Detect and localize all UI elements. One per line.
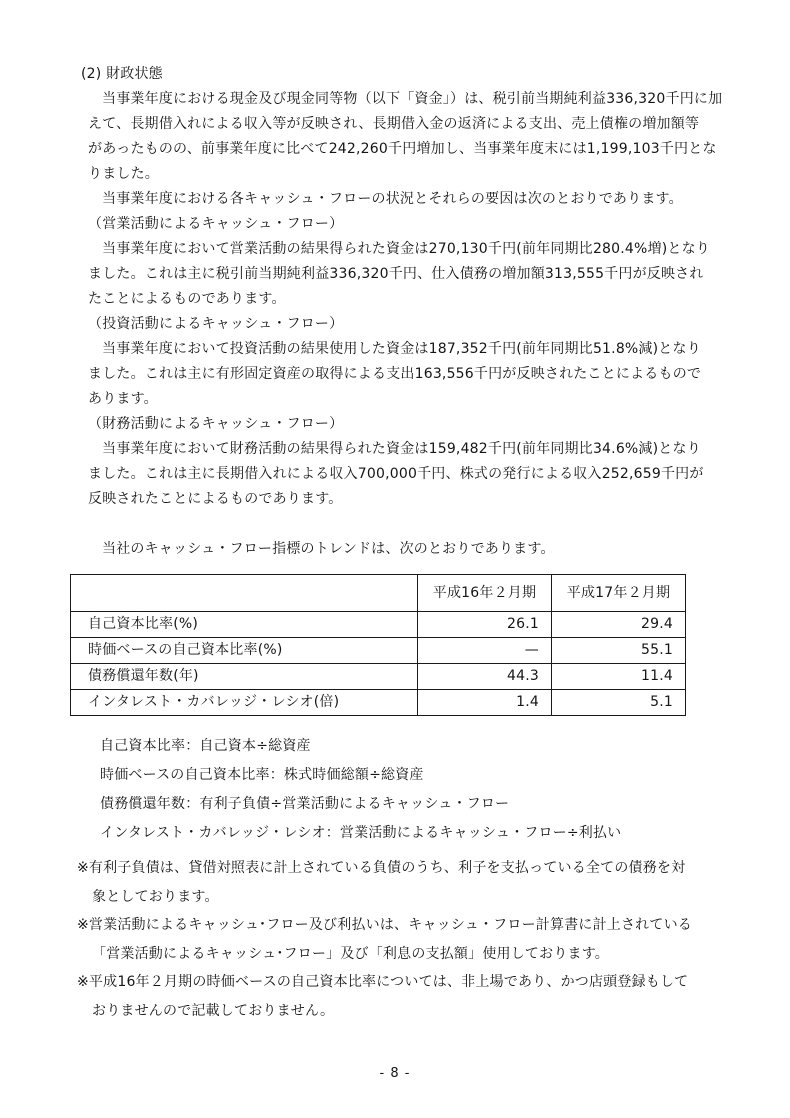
paragraph-line: たことによるものであります。	[88, 287, 702, 312]
paragraph-line: があったものの、前事業年度に比べて242,260千円増加し、当事業年度末には1,…	[88, 137, 702, 162]
paragraph-line: 当事業年度における現金及び現金同等物（以下「資金」）は、税引前当期純利益336,…	[88, 87, 702, 112]
value-cell: 1.4	[418, 690, 552, 716]
value-cell: 29.4	[552, 612, 686, 638]
paragraph-line: 反映されたことによるものであります。	[88, 487, 702, 512]
operating-cf-paragraph: 当事業年度において営業活動の結果得られた資金は270,130千円(前年同期比28…	[88, 237, 702, 312]
financing-cf-heading: （財務活動によるキャッシュ・フロー）	[88, 412, 702, 437]
paragraph-line: ました。これは主に長期借入れによる収入700,000千円、株式の発行による収入2…	[88, 462, 702, 487]
page-content: (2) 財政状態 当事業年度における現金及び現金同等物（以下「資金」）は、税引前…	[70, 62, 702, 1025]
report-page: (2) 財政状態 当事業年度における現金及び現金同等物（以下「資金」）は、税引前…	[0, 0, 790, 1118]
indicator-definitions: 自己資本比率：自己資本÷総資産 時価ベースの自己資本比率：株式時価総額÷総資産 …	[100, 732, 702, 848]
paragraph-line: りました。	[88, 162, 702, 187]
table-header-fy2004: 平成16年２月期	[418, 575, 552, 612]
section-heading: (2) 財政状態	[81, 62, 702, 87]
definition-line: 債務償還年数：有利子負債÷営業活動によるキャッシュ・フロー	[100, 790, 702, 819]
table-header-blank	[71, 575, 418, 612]
paragraph-line: えて、長期借入れによる収入等が反映され、長期借入金の返済による支出、売上債権の増…	[88, 112, 702, 137]
note-line: 「営業活動によるキャッシュ･フロー」及び「利息の支払額」使用しております。	[77, 940, 702, 969]
intro-paragraph: 当事業年度における現金及び現金同等物（以下「資金」）は、税引前当期純利益336,…	[88, 87, 702, 212]
paragraph-line: あります。	[88, 387, 702, 412]
table-row: 時価ベースの自己資本比率(%) — 55.1	[71, 638, 686, 664]
note-line: ※有利子負債は、貸借対照表に計上されている負債のうち、利子を支払っている全ての債…	[77, 854, 702, 883]
value-cell: 44.3	[418, 664, 552, 690]
trend-intro-line: 当社のキャッシュ・フロー指標のトレンドは、次のとおりであります。	[88, 537, 702, 562]
table-row: 自己資本比率(%) 26.1 29.4	[71, 612, 686, 638]
value-cell: 5.1	[552, 690, 686, 716]
table-row: 債務償還年数(年) 44.3 11.4	[71, 664, 686, 690]
definition-line: インタレスト・カバレッジ・レシオ：営業活動によるキャッシュ・フロー÷利払い	[100, 819, 702, 848]
value-cell: 11.4	[552, 664, 686, 690]
page-number: - 8 -	[0, 1066, 790, 1081]
note-line: おりませんので記載しておりません。	[77, 997, 702, 1026]
investing-cf-paragraph: 当事業年度において投資活動の結果使用した資金は187,352千円(前年同期比51…	[88, 337, 702, 412]
note-line: ※平成16年２月期の時価ベースの自己資本比率については、非上場であり、かつ店頭登…	[77, 968, 702, 997]
table-row: インタレスト・カバレッジ・レシオ(倍) 1.4 5.1	[71, 690, 686, 716]
definition-line: 自己資本比率：自己資本÷総資産	[100, 732, 702, 761]
paragraph-line: 当事業年度において投資活動の結果使用した資金は187,352千円(前年同期比51…	[88, 337, 702, 362]
value-cell: 55.1	[552, 638, 686, 664]
definition-line: 時価ベースの自己資本比率：株式時価総額÷総資産	[100, 761, 702, 790]
paragraph-line: ました。これは主に有形固定資産の取得による支出163,556千円が反映されたこと…	[88, 362, 702, 387]
cf-overview-line: 当事業年度における各キャッシュ・フローの状況とそれらの要因は次のとおりであります…	[88, 187, 702, 212]
operating-cf-heading: （営業活動によるキャッシュ・フロー）	[88, 212, 702, 237]
row-label: インタレスト・カバレッジ・レシオ(倍)	[71, 690, 418, 716]
table-header-row: 平成16年２月期 平成17年２月期	[71, 575, 686, 612]
note-line: 象としております。	[77, 883, 702, 912]
row-label: 債務償還年数(年)	[71, 664, 418, 690]
paragraph-line: 当事業年度において財務活動の結果得られた資金は159,482千円(前年同期比34…	[88, 437, 702, 462]
table-header-fy2005: 平成17年２月期	[552, 575, 686, 612]
paragraph-line: ました。これは主に税引前当期純利益336,320千円、仕入債務の増加額313,5…	[88, 262, 702, 287]
footnotes: ※有利子負債は、貸借対照表に計上されている負債のうち、利子を支払っている全ての債…	[77, 854, 702, 1025]
row-label: 自己資本比率(%)	[71, 612, 418, 638]
financing-cf-paragraph: 当事業年度において財務活動の結果得られた資金は159,482千円(前年同期比34…	[88, 437, 702, 512]
row-label: 時価ベースの自己資本比率(%)	[71, 638, 418, 664]
cf-indicators-table: 平成16年２月期 平成17年２月期 自己資本比率(%) 26.1 29.4 時価…	[70, 574, 686, 716]
value-cell: 26.1	[418, 612, 552, 638]
paragraph-line: 当事業年度において営業活動の結果得られた資金は270,130千円(前年同期比28…	[88, 237, 702, 262]
value-cell: —	[418, 638, 552, 664]
investing-cf-heading: （投資活動によるキャッシュ・フロー）	[88, 312, 702, 337]
note-line: ※営業活動によるキャッシュ･フロー及び利払いは、キャッシュ・フロー計算書に計上さ…	[77, 911, 702, 940]
